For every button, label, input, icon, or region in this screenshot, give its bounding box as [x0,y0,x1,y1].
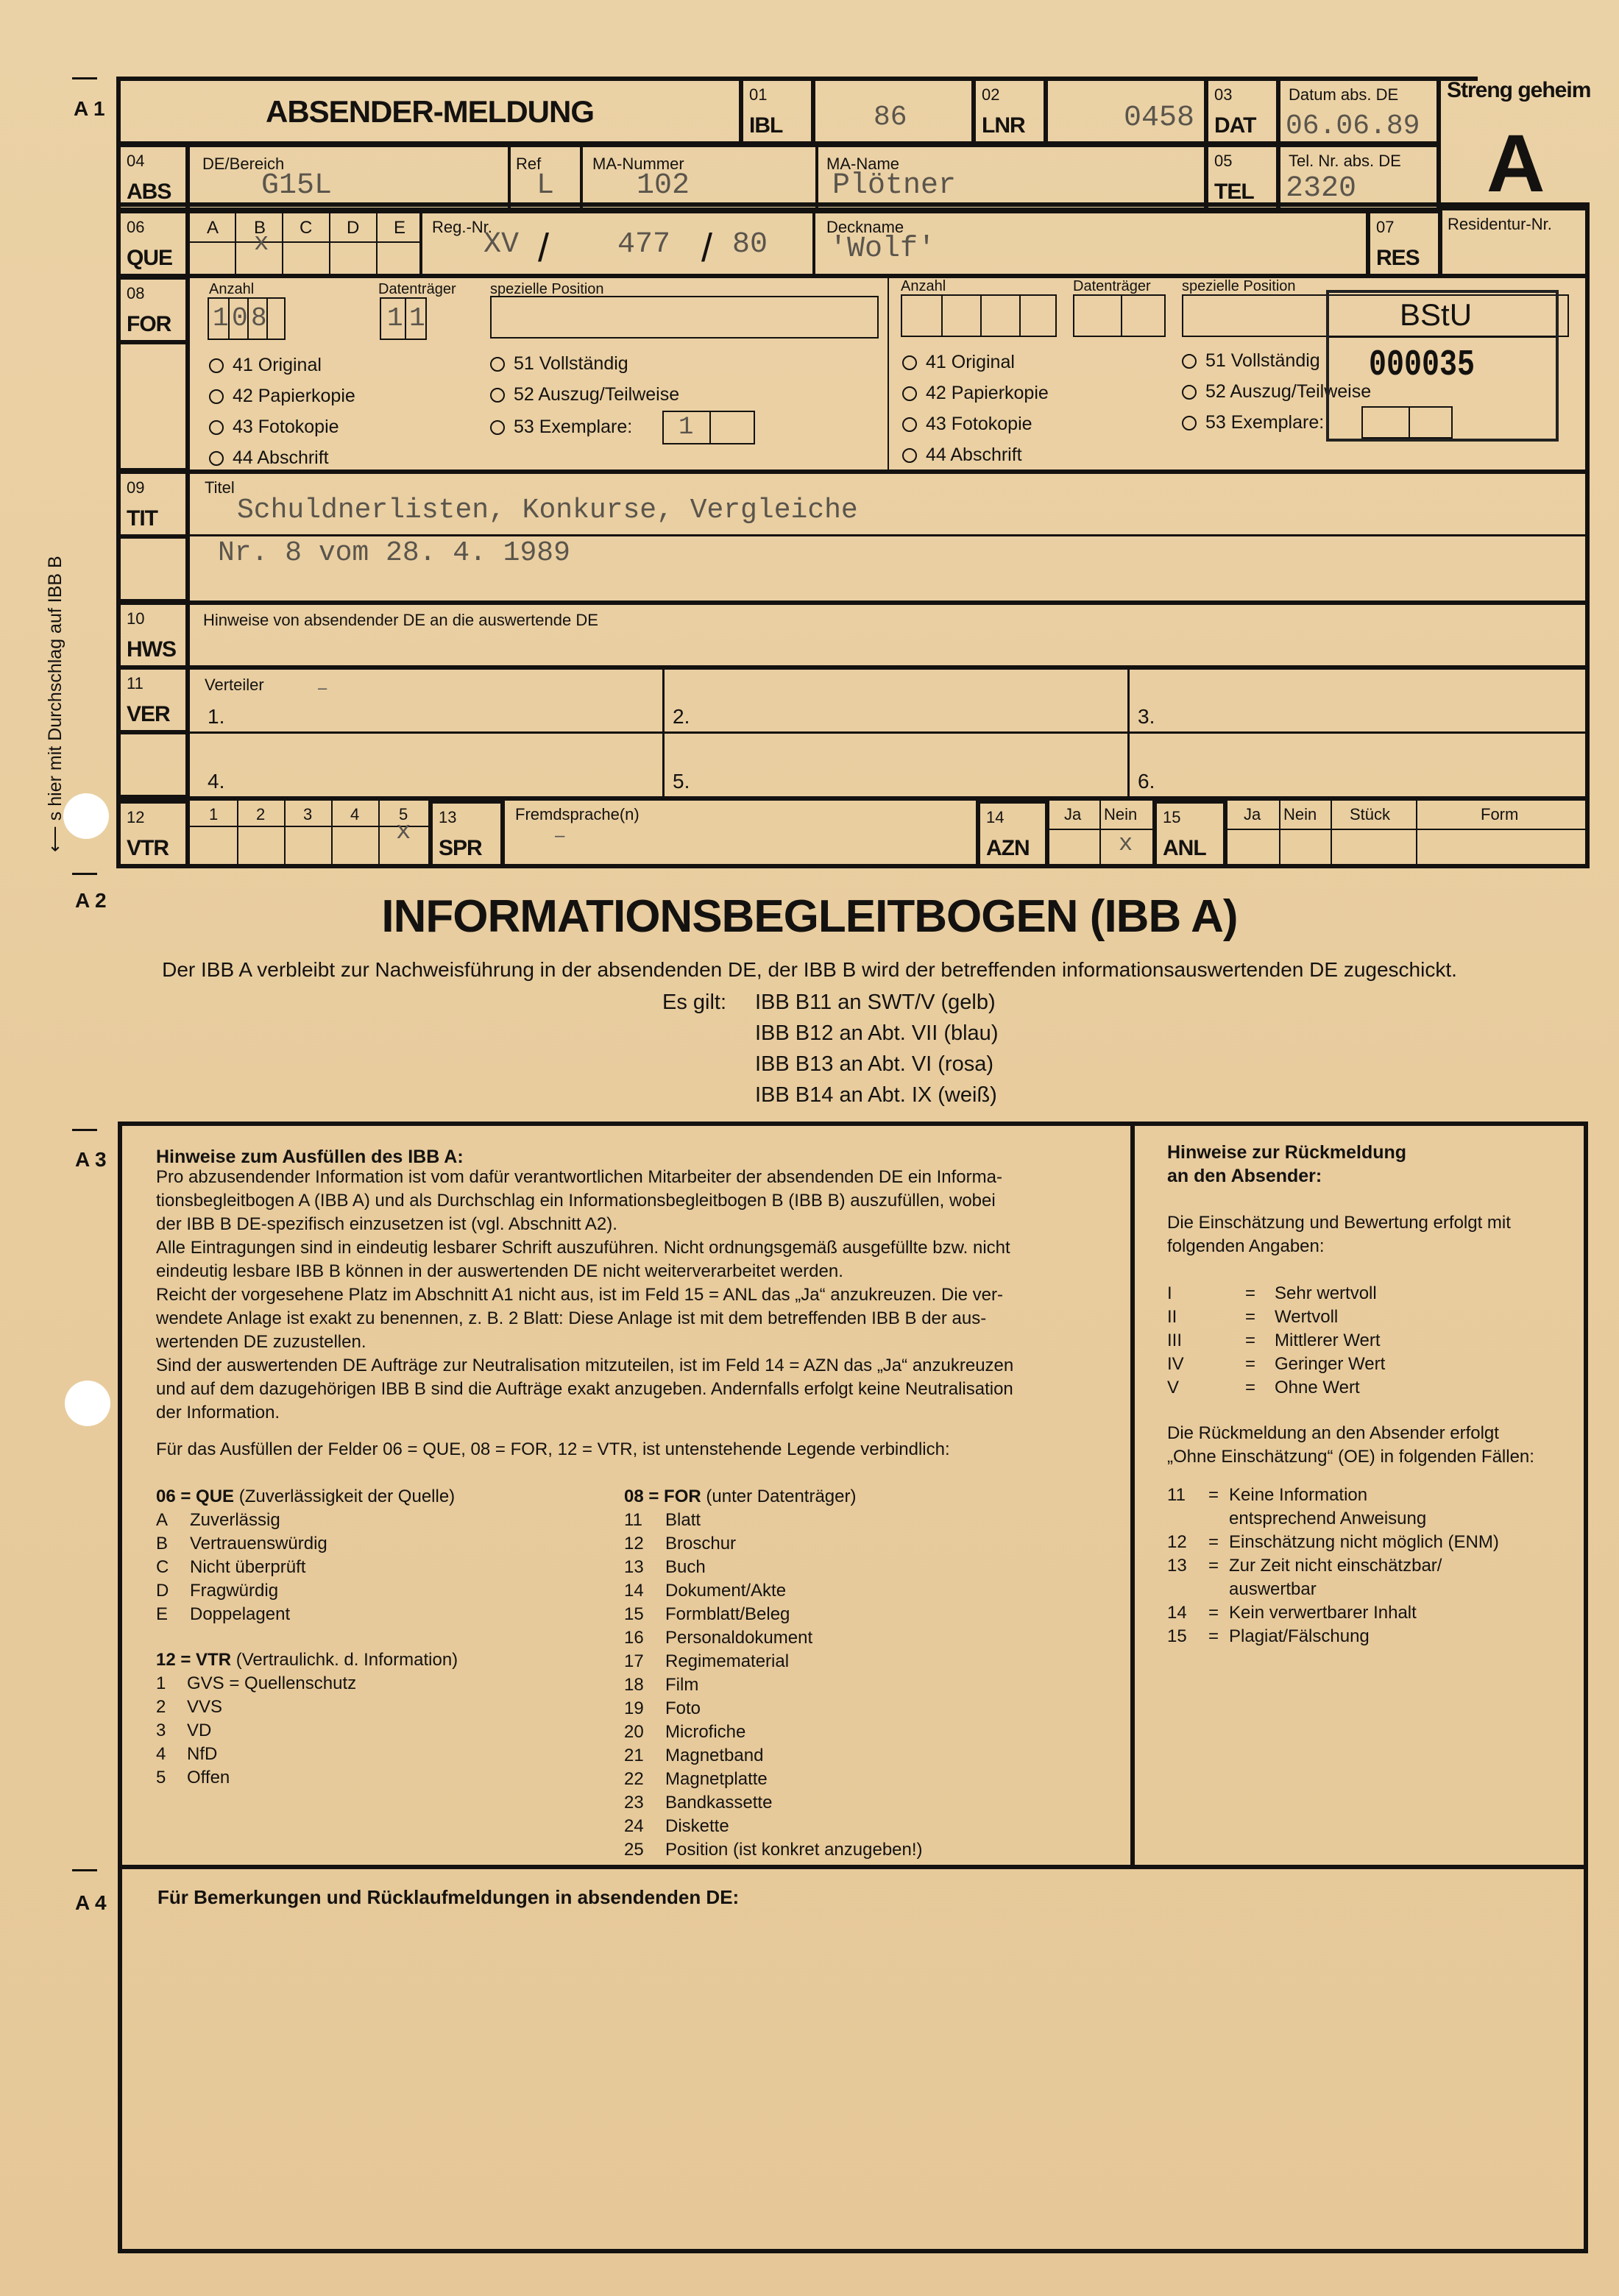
anzahl-digit-1: 1 [213,303,229,333]
verteiler-slot-4[interactable]: 4. [190,734,661,798]
ma-name-value: Plötner [832,169,956,202]
stamp-number: 000035 [1369,344,1475,386]
for-datentraeger-label: Datenträger [378,281,456,298]
vtr-col-3[interactable]: 3 [303,805,312,824]
hws-code: 10 [127,609,144,628]
que-code: 06 [127,218,144,237]
deckname-field[interactable]: Deckname 'Wolf' [812,209,1369,278]
anl-stueck: Stück [1350,805,1390,824]
ibl-abbr: IBL [749,113,782,138]
anl-grid: Ja Nein Stück Form [1227,801,1588,867]
ibb-rule-3: IBB B13 an Abt. VI (rosa) [755,1052,993,1077]
ref-value: L [536,169,554,202]
ibb-intro: Der IBB A verbleibt zur Nachweisführung … [0,958,1619,982]
option-41-left[interactable]: 41 Original [209,355,322,376]
residentur-field[interactable]: Residentur-Nr. [1439,206,1590,278]
ibl-code-cell: 01 IBL [739,77,815,146]
de-bereich-value: G15L [261,169,332,202]
azn-code: 14 [986,808,1004,827]
rueckmeldung-heading-2: an den Absender: [1167,1164,1322,1188]
radio-icon [902,448,917,463]
option-41-right[interactable]: 41 Original [902,352,1015,373]
ibl-code: 01 [749,85,767,104]
verteiler-slot-3[interactable]: 3. [1130,668,1588,731]
fremdsprache-value: – [555,826,564,846]
hinweise-field[interactable]: Hinweise von absendender DE an die auswe… [190,603,1588,667]
radio-icon [490,388,505,403]
ma-nummer-value: 102 [637,169,690,202]
azn-code-cell: 14 AZN [976,799,1049,868]
titel-line-2: Nr. 8 vom 28. 4. 1989 [218,537,570,569]
radio-icon [1182,385,1197,400]
reg-nr-part1: XV [483,228,519,261]
ibl-value: 86 [874,102,907,133]
verteiler-slot-5[interactable]: 5. [665,734,1126,798]
section-label-a1: A 1 [74,97,105,121]
anl-nein[interactable]: Nein [1283,805,1317,824]
option-44-right[interactable]: 44 Abschrift [902,444,1022,466]
for-position-field[interactable] [490,296,879,339]
que-code-cell: 06 QUE [116,209,190,278]
punch-hole [63,793,109,839]
verteiler-slot-1[interactable]: 1. [190,668,661,731]
vtr-col-1[interactable]: 1 [209,805,218,824]
option-42-right[interactable]: 42 Papierkopie [902,383,1049,404]
fremdsprache-field[interactable]: Fremdsprache(n) – [505,801,980,867]
classification-label: Streng geheim [1447,78,1590,103]
for-abbr: FOR [127,312,171,337]
que-col-d[interactable]: D [347,218,359,238]
ibb-rule-2: IBB B12 an Abt. VII (blau) [755,1021,998,1046]
azn-nein[interactable]: Nein [1104,805,1137,824]
radio-icon [902,386,917,401]
anl-form: Form [1481,805,1518,824]
res-abbr: RES [1376,246,1420,271]
tel-value-field[interactable]: Tel. Nr. abs. DE 2320 [1278,143,1441,212]
a3-a4-divider [118,1865,1588,1869]
radio-icon [1182,354,1197,369]
bewertung-intro-1: Die Einschätzung und Bewertung erfolgt m… [1167,1211,1511,1235]
dat-label: Datum abs. DE [1289,85,1398,104]
dat-value-field[interactable]: Datum abs. DE 06.06.89 [1278,77,1441,146]
tit-abbr: TIT [127,506,157,531]
que-col-a[interactable]: A [207,218,219,238]
exemplare-field-left[interactable]: 1 [662,411,755,444]
vtr-abbr: VTR [127,836,169,861]
abs-code-cell: 04 ABS [116,143,190,212]
section-tick [72,77,97,79]
anzahl-digit-3: 8 [251,303,267,333]
a3-column-divider [1130,1124,1135,1868]
anl-code: 15 [1163,808,1180,827]
titel-line-1: Schuldnerlisten, Konkurse, Vergleiche [237,495,858,526]
section-tick [72,1129,97,1131]
for-code: 08 [127,284,144,303]
option-51-left[interactable]: 51 Vollständig [490,353,628,375]
radio-icon [902,417,917,432]
option-53-right[interactable]: 53 Exemplare: [1182,412,1324,433]
titel-label: Titel [205,478,235,497]
azn-grid: Ja Nein x [1049,801,1155,867]
tel-code-cell: 05 TEL [1204,143,1280,212]
side-instruction: ⟵ s hier mit Durchschlag auf IBB B [44,556,66,852]
fremdsprache-label: Fremdsprache(n) [515,805,640,824]
a4-heading: Für Bemerkungen und Rücklaufmeldungen in… [157,1885,739,1909]
radio-icon [209,451,224,466]
ibb-title: INFORMATIONSBEGLEITBOGEN (IBB A) [0,890,1619,943]
stamp-org: BStU [1400,297,1472,333]
arrow-left-icon: ⟵ [45,826,65,852]
spr-code-cell: 13 SPR [428,799,505,868]
verteiler-slot-2[interactable]: 2. [665,668,1126,731]
radio-icon [490,420,505,435]
ver-abbr: VER [127,702,170,727]
radio-icon [1182,416,1197,431]
dat-abbr: DAT [1214,113,1255,138]
ver-code-cell: 11 VER [116,665,190,734]
tel-value: 2320 [1286,172,1356,205]
option-42-left[interactable]: 42 Papierkopie [209,386,355,407]
anl-abbr: ANL [1163,836,1206,861]
for-anzahl-label: Anzahl [209,281,254,298]
title-cell: ABSENDER-MELDUNG [116,77,743,146]
divider [190,731,1590,734]
archive-stamp: BStU 000035 [1326,290,1559,442]
hinweise-label: Hinweise von absendender DE an die auswe… [203,611,598,630]
que-mark-b: x [254,230,269,258]
radio-icon [490,357,505,372]
section-tick [72,1869,97,1871]
lnr-value: 0458 [1124,102,1194,135]
lnr-abbr: LNR [982,113,1025,138]
form-page: A 1 ABSENDER-MELDUNG 01 IBL 86 02 LNR 04… [0,0,1619,2296]
lnr-value-field[interactable]: 0458 [1045,77,1207,146]
ref-field[interactable]: Ref L [508,143,583,212]
azn-ja[interactable]: Ja [1064,805,1081,824]
dat-value: 06.06.89 [1286,110,1420,142]
ibb-rule-1: IBB B11 an SWT/V (gelb) [755,991,996,1015]
vtr-col-2[interactable]: 2 [256,805,265,824]
section-label-a4: A 4 [75,1891,107,1915]
ver-code: 11 [127,674,144,693]
azn-mark-nein: x [1119,830,1133,857]
reg-nr-part3: 80 [732,228,768,261]
reg-nr-field[interactable]: Reg.-Nr. XV / 477 / 80 [419,209,815,278]
vtr-code-cell: 12 VTR [116,799,190,868]
bemerkungen-field[interactable] [125,1913,1582,2249]
rueckmeldung-heading-1: Hinweise zur Rückmeldung [1167,1141,1406,1164]
tit-spacer [116,536,190,603]
vtr-mark-5: x [396,818,411,846]
vtr-code: 12 [127,808,144,827]
datentraeger-digit-1: 1 [387,303,403,333]
anl-code-cell: 15 ANL [1152,799,1227,868]
form-title: ABSENDER-MELDUNG [121,94,739,130]
punch-hole [65,1381,110,1426]
lnr-code-cell: 02 LNR [971,77,1048,146]
for-code-cell: 08 FOR [116,275,190,344]
tit-code: 09 [127,478,144,497]
for-split-line [888,275,889,471]
radio-icon [209,358,224,373]
datentraeger-digit-2: 1 [409,303,425,333]
hws-code-cell: 10 HWS [116,600,190,670]
for-position-label-right: spezielle Position [1182,278,1296,295]
radio-icon [209,420,224,435]
for-datentraeger-field-right[interactable] [1073,294,1166,337]
anl-ja[interactable]: Ja [1244,805,1261,824]
res-code: 07 [1376,218,1394,237]
title-field[interactable]: Titel Schuldnerlisten, Konkurse, Verglei… [190,472,1588,602]
section-label-a3: A 3 [75,1148,107,1172]
abs-abbr: ABS [127,180,171,205]
for-code-spacer [116,341,190,472]
reg-sep-2: / [701,225,712,271]
que-grid: A B C D E x [187,209,422,278]
reg-sep-1: / [538,225,549,271]
tel-code: 05 [1214,152,1232,171]
hws-abbr: HWS [127,637,176,662]
divider [1127,668,1130,798]
es-gilt-label: Es gilt: [662,991,726,1015]
res-code-cell: 07 RES [1366,209,1442,278]
vtr-col-4[interactable]: 4 [350,805,359,824]
option-51-right[interactable]: 51 Vollständig [1182,350,1320,372]
reg-nr-part2: 477 [617,228,670,261]
option-43-left[interactable]: 43 Fotokopie [209,417,339,438]
oe-intro-1: Die Rückmeldung an den Absender erfolgt [1167,1422,1499,1445]
for-anzahl-field[interactable]: 1 0 8 [208,297,286,340]
ma-name-field[interactable]: MA-Name Plötner [815,143,1207,212]
legend-intro: Für das Ausfüllen der Felder 06 = QUE, 0… [156,1438,950,1461]
verteiler-slot-6[interactable]: 6. [1130,734,1588,798]
que-col-c[interactable]: C [300,218,312,238]
ver-spacer [116,731,190,799]
azn-abbr: AZN [986,836,1030,861]
oe-intro-2: „Ohne Einschätzung“ (OE) in folgenden Fä… [1167,1445,1534,1469]
radio-icon [209,389,224,404]
tit-code-cell: 09 TIT [116,470,190,539]
ma-nummer-field[interactable]: MA-Nummer 102 [580,143,818,212]
deckname-value: 'Wolf' [829,233,935,266]
divider [662,668,665,798]
dat-code-cell: 03 DAT [1204,77,1280,146]
option-53-left[interactable]: 53 Exemplare: [490,417,632,438]
ibl-value-field[interactable]: 86 [812,77,974,146]
de-bereich-field[interactable]: DE/Bereich G15L [187,143,511,212]
option-52-left[interactable]: 52 Auszug/Teilweise [490,384,679,405]
for-datentraeger-field[interactable]: 1 1 [380,297,427,340]
exemplare-digit-1: 1 [679,414,693,442]
for-anzahl-field-right[interactable] [901,294,1057,337]
abs-code: 04 [127,152,144,171]
spr-abbr: SPR [439,836,482,861]
option-44-left[interactable]: 44 Abschrift [209,447,329,469]
que-abbr: QUE [127,246,172,271]
ibb-rule-4: IBB B14 an Abt. IX (weiß) [755,1083,997,1108]
tel-label: Tel. Nr. abs. DE [1289,152,1401,171]
option-43-right[interactable]: 43 Fotokopie [902,414,1032,435]
dat-code: 03 [1214,85,1232,104]
que-col-e[interactable]: E [394,218,405,238]
anzahl-digit-2: 0 [232,303,248,333]
spr-code: 13 [439,808,456,827]
residentur-label: Residentur-Nr. [1448,215,1552,234]
tel-abbr: TEL [1214,180,1254,205]
vtr-grid: 1 2 3 4 5 x [190,801,430,867]
radio-icon [902,355,917,370]
lnr-code: 02 [982,85,999,104]
for-anzahl-label-right: Anzahl [901,278,946,295]
classification-letter: A [1487,124,1545,205]
section-tick [72,873,97,875]
bewertung-intro-2: folgenden Angaben: [1167,1235,1325,1258]
for-datentraeger-label-right: Datenträger [1073,278,1151,295]
